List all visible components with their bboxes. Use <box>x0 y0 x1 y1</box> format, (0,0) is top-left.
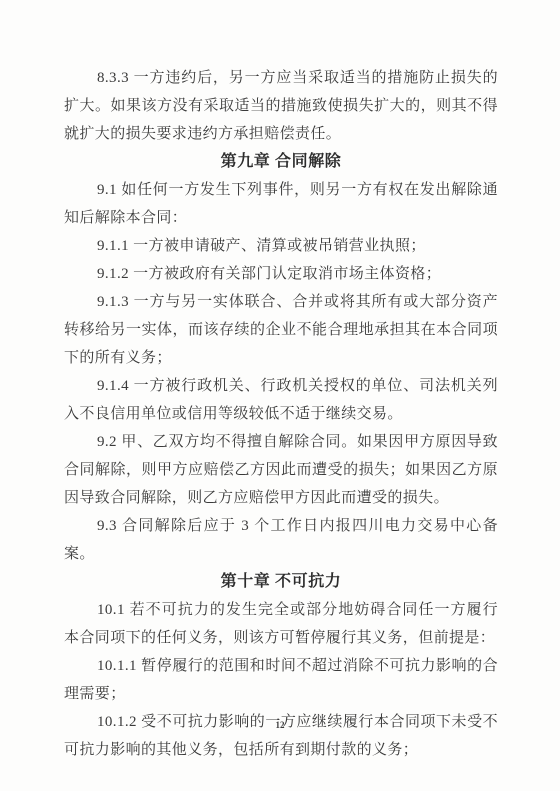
clause-10-1-2: 10.1.2 受不可抗力影响的一方应继续履行本合同项下未受不可抗力影响的其他义务… <box>64 708 498 764</box>
clause-10-1-1: 10.1.1 暂停履行的范围和时间不超过消除不可抗力影响的合理需要； <box>64 652 498 708</box>
document-content: 8.3.3 一方违约后，另一方应当采取适当的措施防止损失的扩大。如果该方没有采取… <box>64 64 498 764</box>
clause-9-1-3: 9.1.3 一方与另一实体联合、合并或将其所有或大部分资产转移给另一实体，而该存… <box>64 288 498 372</box>
clause-9-1-1: 9.1.1 一方被申请破产、清算或被吊销营业执照； <box>64 232 498 260</box>
page-number: 12 <box>0 720 560 730</box>
clause-9-3: 9.3 合同解除后应于 3 个工作日内报四川电力交易中心备案。 <box>64 512 498 568</box>
clause-9-2: 9.2 甲、乙双方均不得擅自解除合同。如果因甲方原因导致合同解除，则甲方应赔偿乙… <box>64 428 498 512</box>
clause-9-1-4: 9.1.4 一方被行政机关、行政机关授权的单位、司法机关列入不良信用单位或信用等… <box>64 372 498 428</box>
chapter-heading-10: 第十章 不可抗力 <box>64 568 498 596</box>
clause-8-3-3: 8.3.3 一方违约后，另一方应当采取适当的措施防止损失的扩大。如果该方没有采取… <box>64 64 498 148</box>
chapter-heading-9: 第九章 合同解除 <box>64 148 498 176</box>
clause-9-1: 9.1 如任何一方发生下列事件，则另一方有权在发出解除通知后解除本合同： <box>64 176 498 232</box>
clause-10-1: 10.1 若不可抗力的发生完全或部分地妨碍合同任一方履行本合同项下的任何义务，则… <box>64 596 498 652</box>
document-page: 8.3.3 一方违约后，另一方应当采取适当的措施防止损失的扩大。如果该方没有采取… <box>0 0 560 791</box>
clause-9-1-2: 9.1.2 一方被政府有关部门认定取消市场主体资格； <box>64 260 498 288</box>
